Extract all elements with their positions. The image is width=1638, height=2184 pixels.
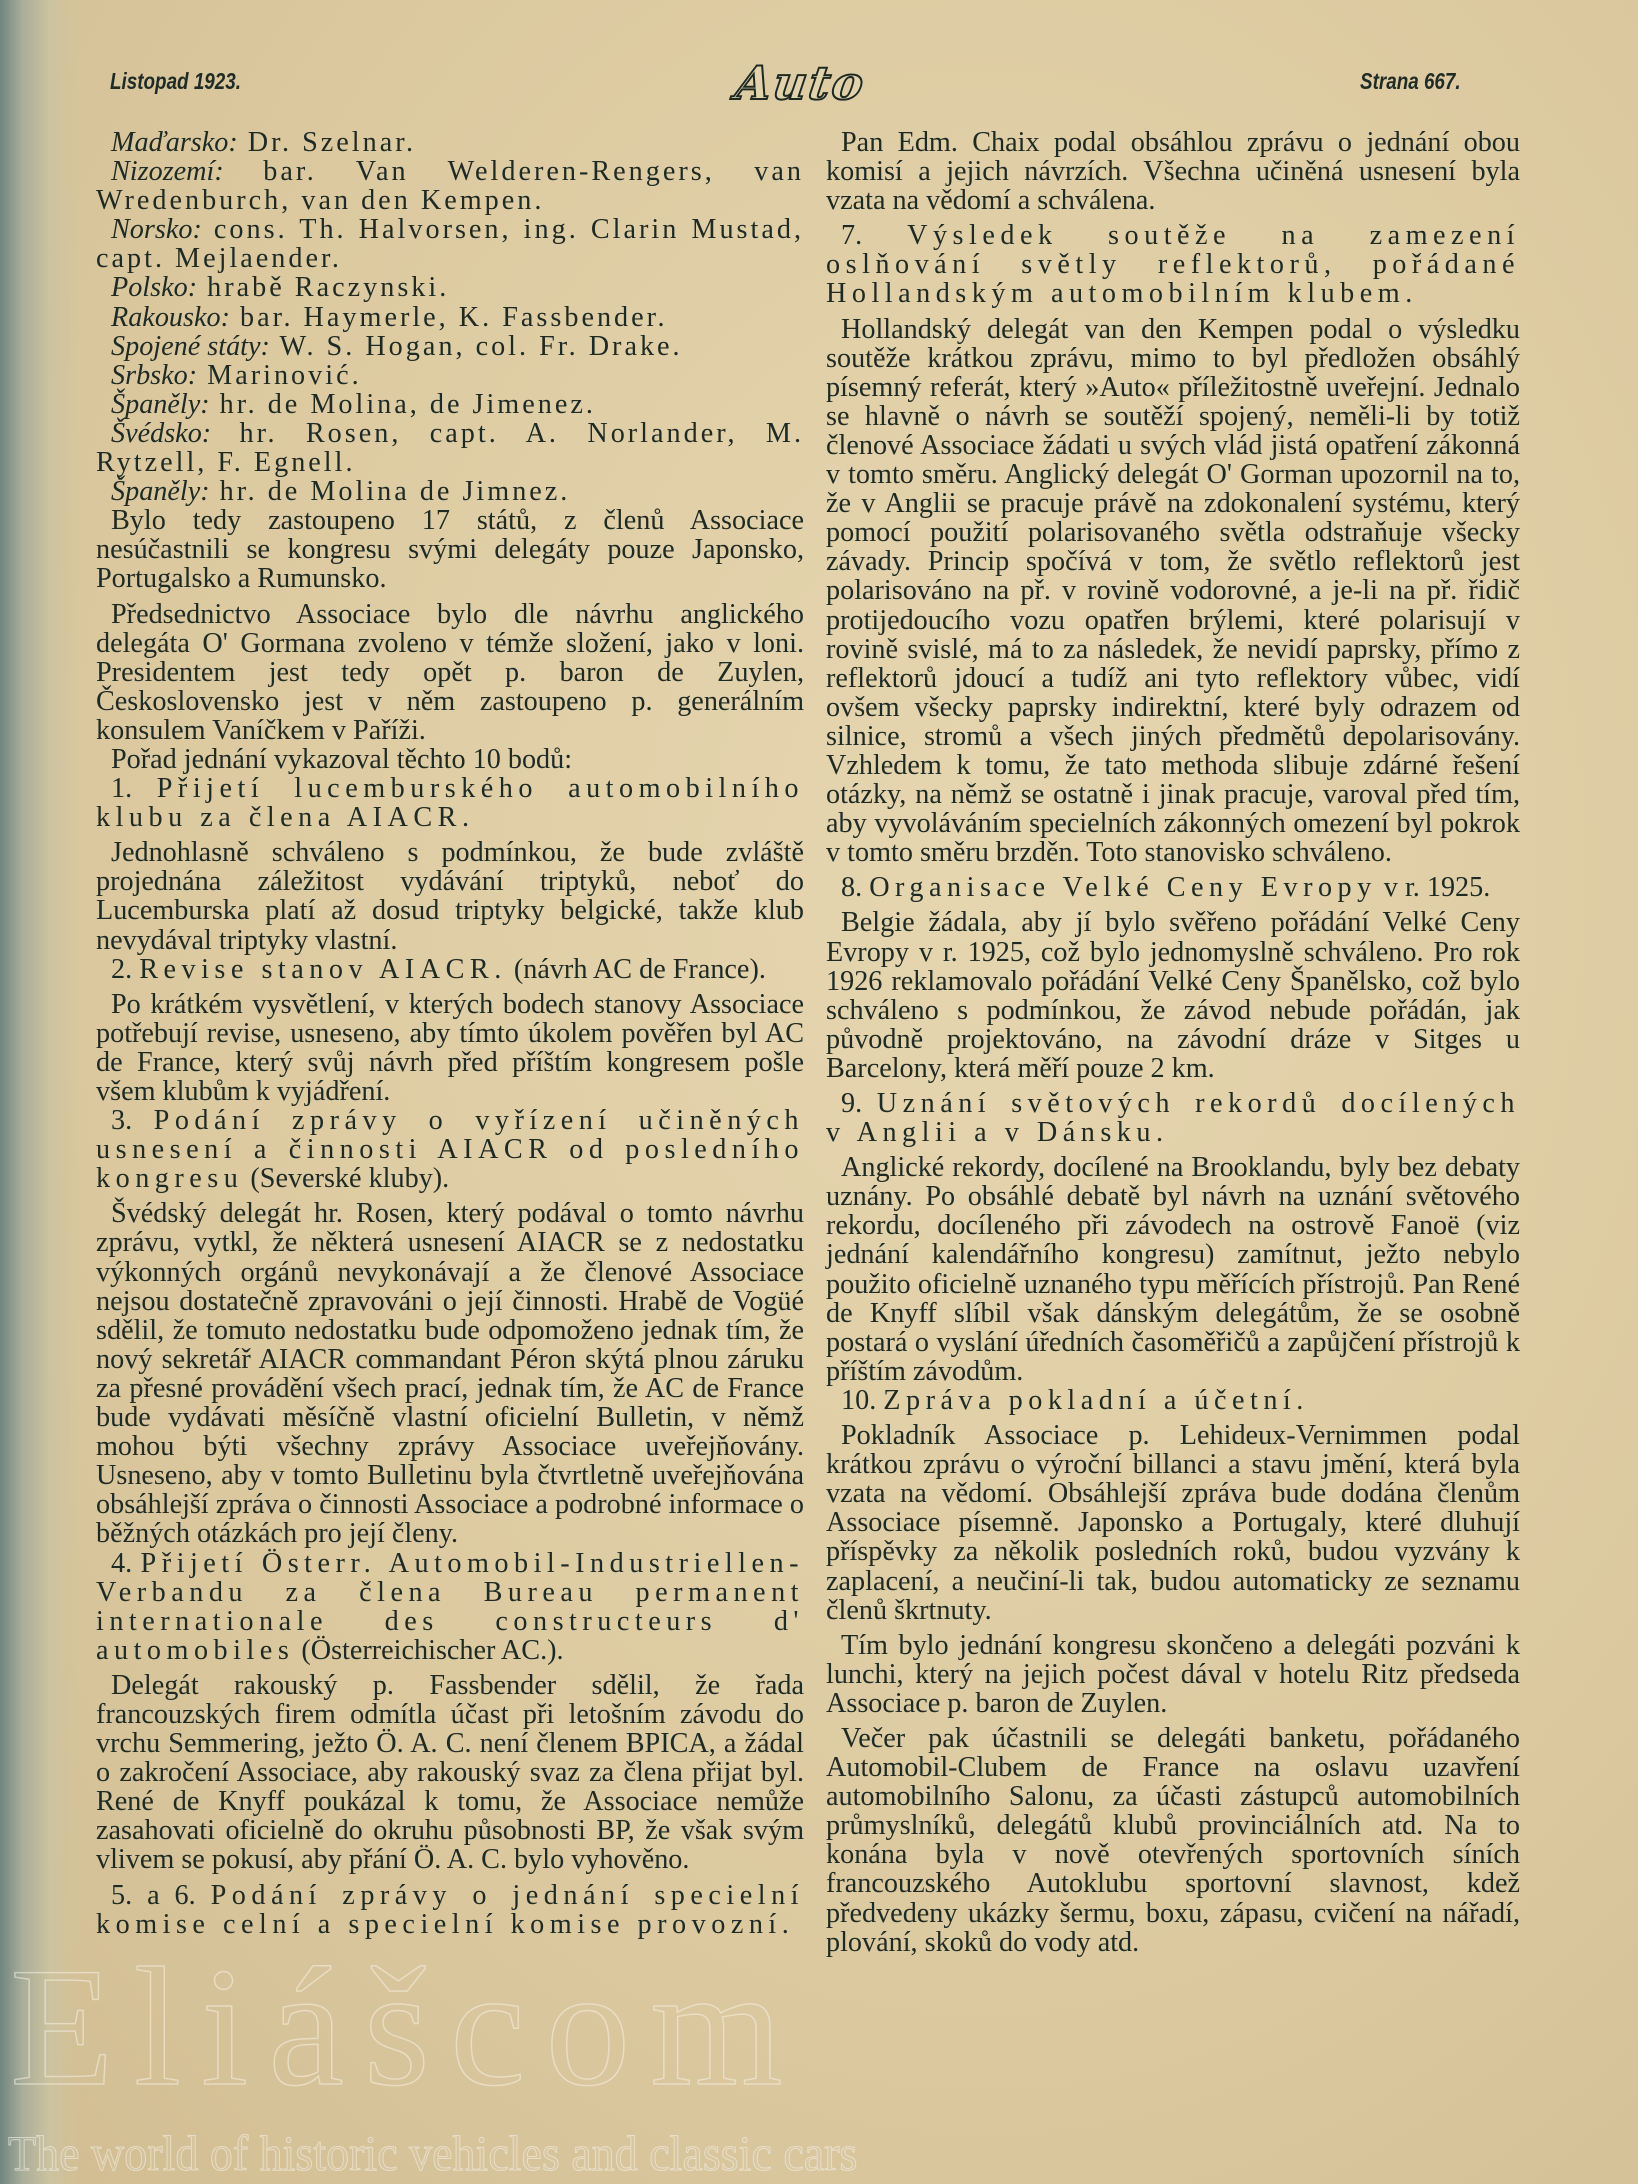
watermark-tagline: The world of historic vehicles and class… <box>8 2124 857 2182</box>
delegate-line-serbia: Srbsko: Marinović. <box>96 361 804 390</box>
delegate-line-sweden: Švédsko: hr. Rosen, capt. A. Norlander, … <box>96 419 804 477</box>
agenda-item-1-body: Jednohlasně schváleno s podmínkou, že bu… <box>96 838 804 954</box>
agenda-item-3-heading: 3. Podání zprávy o vyřízení učiněných us… <box>96 1106 804 1193</box>
agenda-item-10-heading: 10. Zpráva pokladní a účetní. <box>826 1386 1520 1415</box>
page-number: Strana 667. <box>1360 68 1461 95</box>
agenda-item-4-body: Delegát rakouský p. Fassbender sdělil, ž… <box>96 1671 804 1875</box>
paragraph-lunch: Tím bylo jednání kongresu skončeno a del… <box>826 1631 1520 1718</box>
paragraph-states-represented: Bylo tedy zastoupeno 17 států, z členů A… <box>96 506 804 593</box>
delegate-line-usa: Spojené státy: W. S. Hogan, col. Fr. Dra… <box>96 332 804 361</box>
agenda-item-9-body: Anglické rekordy, docílené na Brooklandu… <box>826 1153 1520 1386</box>
agenda-item-10-body: Pokladník Associace p. Lehideux-Vernimme… <box>826 1421 1520 1625</box>
delegate-line-poland: Polsko: hrabě Raczynski. <box>96 273 804 302</box>
issue-date: Listopad 1923. <box>110 68 241 95</box>
agenda-item-7-body: Hollandský delegát van den Kempen podal … <box>826 315 1520 868</box>
paragraph-chaix-report: Pan Edm. Chaix podal obsáhlou zprávu o j… <box>826 128 1520 215</box>
page-header: Listopad 1923. Auto Strana 667. <box>0 58 1638 118</box>
agenda-item-7-heading: 7. Výsledek soutěže na zamezení oslňován… <box>826 221 1520 308</box>
right-column: Pan Edm. Chaix podal obsáhlou zprávu o j… <box>826 128 1520 1957</box>
paragraph-banquet: Večer pak účastnili se delegáti banketu,… <box>826 1724 1520 1957</box>
left-column: Maďarsko: Dr. Szelnar. Nizozemí: bar. Va… <box>96 128 804 1939</box>
paragraph-agenda-intro: Pořad jednání vykazoval těchto 10 bodů: <box>96 745 804 774</box>
agenda-item-9-heading: 9. Uznání světových rekordů docílených v… <box>826 1089 1520 1147</box>
agenda-item-8-body: Belgie žádala, aby jí bylo svěřeno pořád… <box>826 908 1520 1083</box>
agenda-item-4-heading: 4. Přijetí Österr. Automobil-Industriell… <box>96 1549 804 1665</box>
agenda-item-1-heading: 1. Přijetí lucemburského automobilního k… <box>96 774 804 832</box>
masthead-logo: Auto <box>732 56 869 110</box>
agenda-item-2-heading: 2. Revise stanov AIACR. (návrh AC de Fra… <box>96 955 804 984</box>
delegate-line-netherlands: Nizozemí: bar. Van Welderen-Rengers, van… <box>96 157 804 215</box>
delegate-line-spain-2: Španěly: hr. de Molina de Jimnez. <box>96 477 804 506</box>
watermark-logo: Eliášcom <box>10 1930 803 2125</box>
agenda-item-2-body: Po krátkém vysvětlení, v kterých bodech … <box>96 990 804 1106</box>
delegate-line-austria: Rakousko: bar. Haymerle, K. Fassbender. <box>96 303 804 332</box>
delegate-line-norway: Norsko: cons. Th. Halvorsen, ing. Clarin… <box>96 215 804 273</box>
delegate-line-hungary: Maďarsko: Dr. Szelnar. <box>96 128 804 157</box>
agenda-item-8-heading: 8. Organisace Velké Ceny Evropy v r. 192… <box>826 873 1520 902</box>
delegate-line-spain: Španěly: hr. de Molina, de Jimenez. <box>96 390 804 419</box>
agenda-item-3-body: Švédský delegát hr. Rosen, který podával… <box>96 1199 804 1548</box>
paragraph-presidium: Předsednictvo Associace bylo dle návrhu … <box>96 600 804 745</box>
agenda-item-5-6-heading: 5. a 6. Podání zprávy o jednání specieln… <box>96 1881 804 1939</box>
